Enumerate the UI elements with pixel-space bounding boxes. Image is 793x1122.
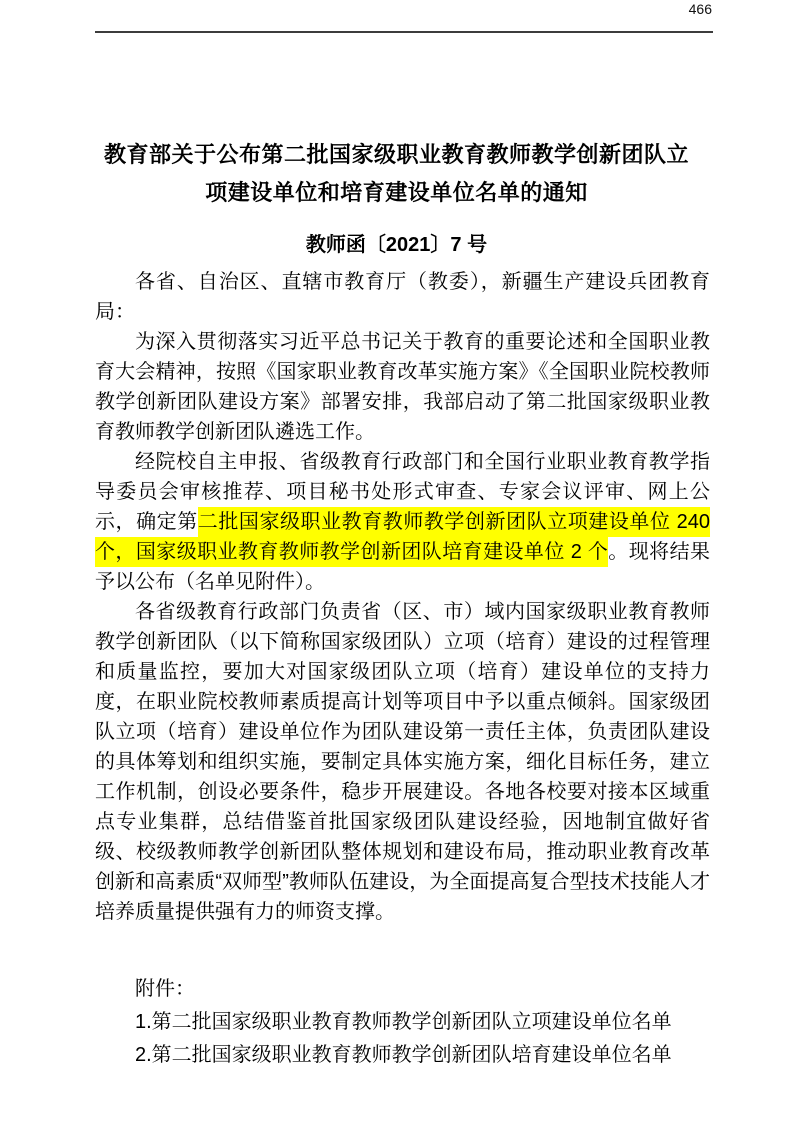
paragraph-selection-result: 经院校自主申报、省级教育行政部门和全国行业职业教育教学指导委员会审核推荐、项目秘… [95,447,710,597]
salutation: 各省、自治区、直辖市教育厅（教委），新疆生产建设兵团教育局： [95,267,710,327]
paragraph-intro: 为深入贯彻落实习近平总书记关于教育的重要论述和全国职业教育大会精神，按照《国家职… [95,327,710,447]
paragraph-requirements: 各省级教育行政部门负责省（区、市）域内国家级职业教育教师教学创新团队（以下简称国… [95,597,710,927]
document-title: 教育部关于公布第二批国家级职业教育教师教学创新团队立项建设单位和培育建设单位名单… [104,136,689,212]
attachment-item-1: 1.第二批国家级职业教育教师教学创新团队立项建设单位名单 [95,1006,710,1039]
document-body: 各省、自治区、直辖市教育厅（教委），新疆生产建设兵团教育局： 为深入贯彻落实习近… [95,267,710,1072]
attachments-section: 附件： 1.第二批国家级职业教育教师教学创新团队立项建设单位名单 2.第二批国家… [95,973,710,1072]
attachment-item-2: 2.第二批国家级职业教育教师教学创新团队培育建设单位名单 [95,1039,710,1072]
document-number: 教师函〔2021〕7 号 [0,231,793,259]
page-number: 466 [689,1,712,17]
document-page: 466 教育部关于公布第二批国家级职业教育教师教学创新团队立项建设单位和培育建设… [0,0,793,1122]
attachments-label: 附件： [95,973,710,1006]
header-rule [95,31,713,33]
